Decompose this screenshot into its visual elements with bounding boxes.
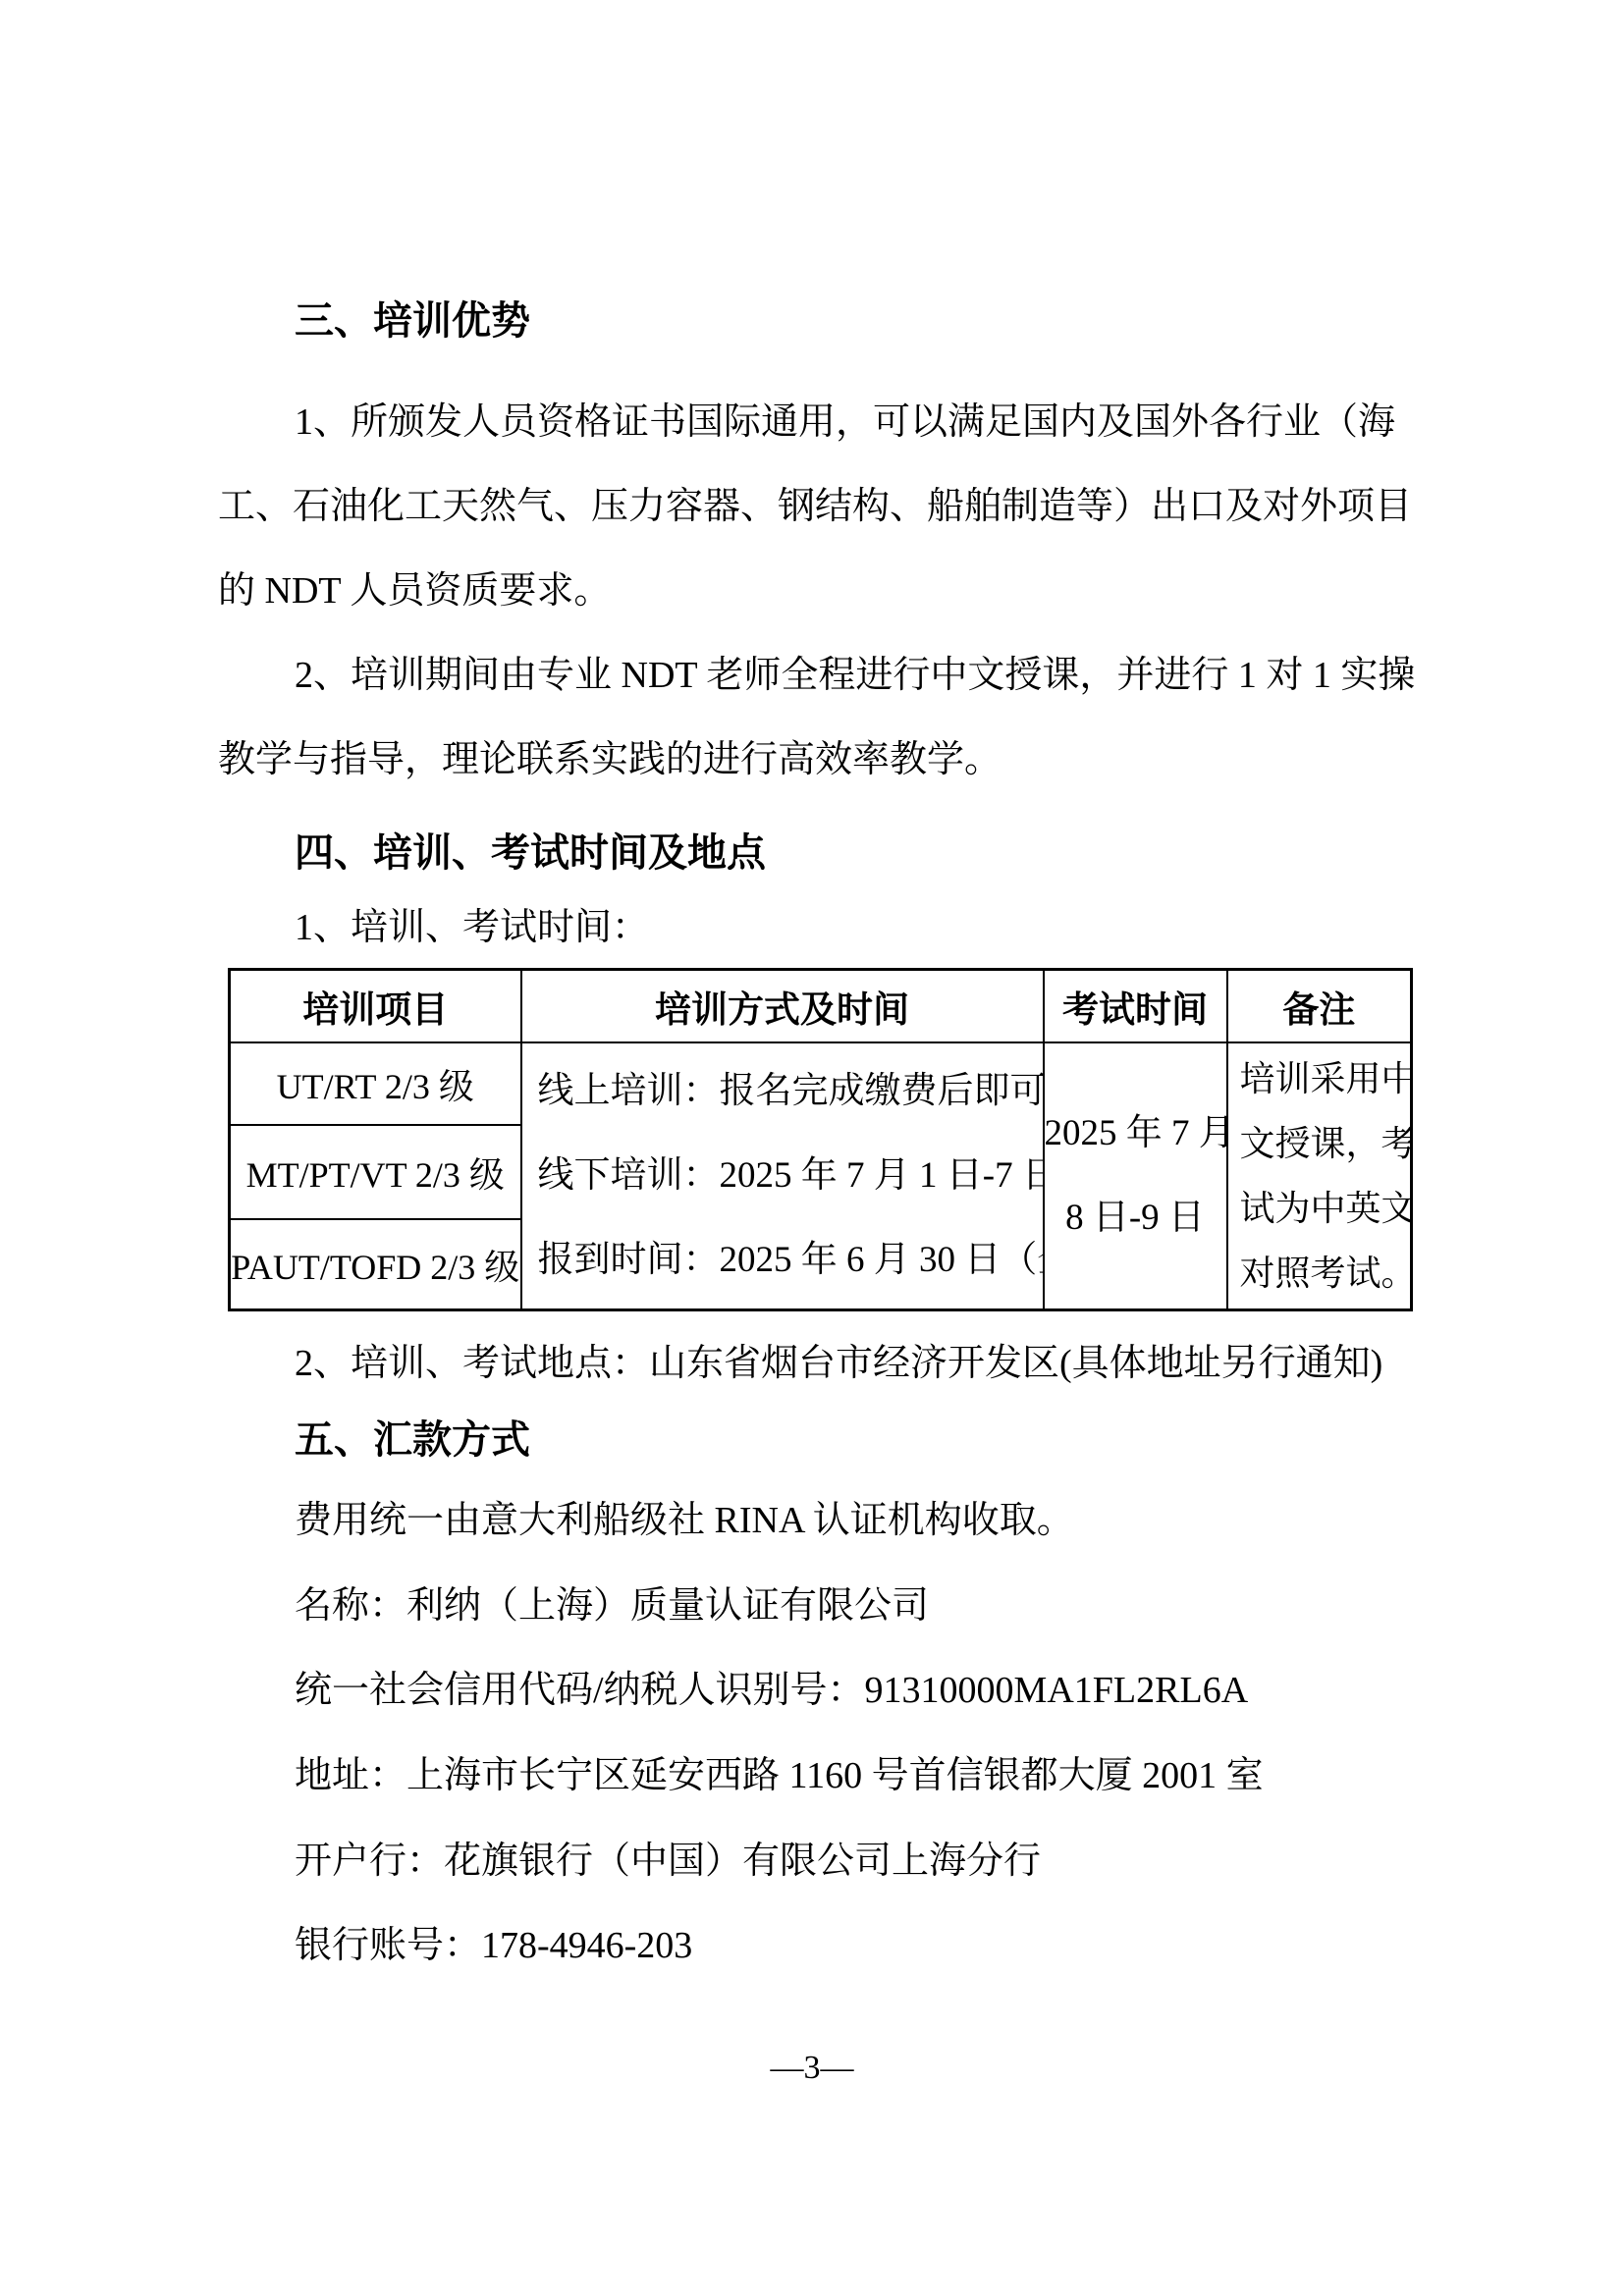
table-header-row: 培训项目 培训方式及时间 考试时间 备注 bbox=[230, 970, 1412, 1043]
section-5-heading: 五、汇款方式 bbox=[295, 1416, 530, 1464]
payee-address-line: 地址：上海市长宁区延安西路 1160 号首信银都大厦 2001 室 bbox=[295, 1753, 1264, 1798]
remark-line-1: 培训采用中 bbox=[1228, 1046, 1411, 1111]
page-number: —3— bbox=[0, 2050, 1624, 2087]
paragraph-1-line-2: 工、石油化工天然气、压力容器、钢结构、船舶制造等）出口及对外项目 bbox=[218, 484, 1412, 529]
table-header-method: 培训方式及时间 bbox=[521, 970, 1044, 1043]
paragraph-2-line-2: 教学与指导，理论联系实践的进行高效率教学。 bbox=[218, 737, 1001, 782]
table-row: UT/RT 2/3 级 线上培训：报名完成缴费后即可进行 线下培训：2025 年… bbox=[230, 1042, 1412, 1125]
payment-intro-line: 费用统一由意大利船级社 RINA 认证机构收取。 bbox=[295, 1498, 1074, 1543]
table-header-project: 培训项目 bbox=[230, 970, 521, 1043]
paragraph-1-line-1: 1、所颁发人员资格证书国际通用，可以满足国内及国外各行业（海 bbox=[295, 400, 1395, 445]
method-line-checkin: 报到时间：2025 年 6 月 30 日（全天） bbox=[522, 1218, 1043, 1303]
table-header-exam-time: 考试时间 bbox=[1044, 970, 1227, 1043]
remark-line-2: 文授课，考 bbox=[1228, 1111, 1411, 1176]
paragraph-2-line-1: 2、培训期间由专业 NDT 老师全程进行中文授课，并进行 1 对 1 实操 bbox=[295, 653, 1415, 698]
remark-line-4: 对照考试。 bbox=[1228, 1241, 1411, 1306]
table-cell-method: 线上培训：报名完成缴费后即可进行 线下培训：2025 年 7 月 1 日-7 日… bbox=[521, 1042, 1044, 1310]
training-schedule-table: 培训项目 培训方式及时间 考试时间 备注 UT/RT 2/3 级 线上培训：报名… bbox=[228, 968, 1413, 1311]
table-cell-project-mt-pt-vt: MT/PT/VT 2/3 级 bbox=[230, 1125, 521, 1219]
paragraph-1-line-3: 的 NDT 人员资质要求。 bbox=[218, 568, 611, 614]
table-cell-remark: 培训采用中 文授课，考 试为中英文 对照考试。 bbox=[1227, 1042, 1412, 1310]
tax-id-line: 统一社会信用代码/纳税人识别号：91310000MA1FL2RL6A bbox=[295, 1668, 1248, 1713]
table-cell-project-paut-tofd: PAUT/TOFD 2/3 级 bbox=[230, 1219, 521, 1310]
method-line-online: 线上培训：报名完成缴费后即可进行 bbox=[522, 1049, 1043, 1134]
table-header-remark: 备注 bbox=[1227, 970, 1412, 1043]
table-cell-exam-time: 2025 年 7 月 8 日-9 日 bbox=[1044, 1042, 1227, 1310]
section-3-heading: 三、培训优势 bbox=[295, 297, 530, 345]
training-time-label: 1、培训、考试时间： bbox=[295, 905, 649, 950]
payee-name-line: 名称：利纳（上海）质量认证有限公司 bbox=[295, 1583, 929, 1629]
method-line-offline: 线下培训：2025 年 7 月 1 日-7 日 bbox=[522, 1134, 1043, 1218]
table-cell-project-ut-rt: UT/RT 2/3 级 bbox=[230, 1042, 521, 1125]
exam-time-line-1: 2025 年 7 月 bbox=[1045, 1092, 1226, 1176]
section-4-heading: 四、培训、考试时间及地点 bbox=[295, 829, 766, 877]
document-page: 三、培训优势 1、所颁发人员资格证书国际通用，可以满足国内及国外各行业（海 工、… bbox=[0, 0, 1624, 2296]
bank-name-line: 开户行：花旗银行（中国）有限公司上海分行 bbox=[295, 1839, 1041, 1884]
remark-line-3: 试为中英文 bbox=[1228, 1176, 1411, 1241]
bank-account-line: 银行账号：178-4946-203 bbox=[295, 1923, 692, 1968]
training-location-line: 2、培训、考试地点：山东省烟台市经济开发区(具体地址另行通知) bbox=[295, 1341, 1382, 1386]
exam-time-line-2: 8 日-9 日 bbox=[1045, 1176, 1226, 1260]
